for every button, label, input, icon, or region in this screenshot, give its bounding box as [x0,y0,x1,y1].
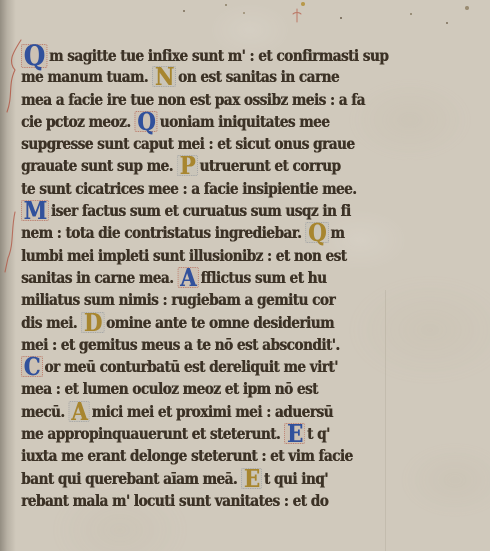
gold-speck [301,2,305,6]
text-run: t qui inq' [264,469,328,488]
manuscript-line: bant qui querebant aīam meā. Et qui inq' [21,468,373,490]
manuscript-line: sanitas in carne mea. Afflictus sum et h… [21,267,373,289]
manuscript-line: miliatus sum nimis : rugiebam a gemitu c… [21,289,373,311]
manuscript-line: cie pctoz meoz. Quoniam iniquitates mee [21,111,373,133]
text-run: sanitas in carne mea. [21,268,178,287]
text-run: bant qui querebant aīam meā. [21,469,241,488]
text-run: grauate sunt sup me. [21,156,177,175]
text-run: iuxta me erant delonge steterunt : et vi… [21,446,353,465]
text-run: rebant mala m' locuti sunt vanitates : e… [21,491,328,510]
fold-line [385,290,386,551]
text-run: me manum tuam. [21,67,152,86]
text-run: supgresse sunt caput mei : et sicut onus… [21,134,354,153]
manuscript-line: Qm sagitte tue infixe sunt m' : et confi… [21,44,373,66]
manuscript-line: rebant mala m' locuti sunt vanitates : e… [21,490,373,512]
text-run: fflictus sum et hu [200,268,326,287]
manuscript-line: te sunt cicatrices mee : a facie insipie… [21,178,373,200]
text-run: me appropinquauerunt et steterunt. [21,424,284,443]
text-run: mecū. [21,402,69,421]
text-run: mea a facie ire tue non est pax ossibz m… [21,90,365,109]
manuscript-line: mea a facie ire tue non est pax ossibz m… [21,89,373,111]
text-run: m sagitte tue infixe sunt m' : et confir… [49,46,388,65]
manuscript-page: Qm sagitte tue infixe sunt m' : et confi… [0,0,490,551]
text-run: mea : et lumen oculoz meoz et ipm nō est [21,379,318,398]
text-run: m [330,223,344,242]
manuscript-line: iuxta me erant delonge steterunt : et vi… [21,445,373,467]
illuminated-initial-gold: D [81,312,104,333]
manuscript-line: grauate sunt sup me. Putruerunt et corru… [21,155,373,177]
text-run: cie pctoz meoz. [21,112,135,131]
illuminated-initial-gold: P [177,155,198,176]
text-run: miliatus sum nimis : rugiebam a gemitu c… [21,290,335,309]
illuminated-initial-blue: C [21,356,43,377]
illuminated-initial-blue: Q [135,111,158,132]
illuminated-initial-gold: N [152,66,176,87]
text-run: mici mei et proximi mei : aduersū [92,402,333,421]
manuscript-line: lumbi mei impleti sunt illusionibz : et … [21,245,373,267]
text-run: omine ante te omne desiderium [106,313,334,332]
illuminated-initial-blue: Q [21,44,47,68]
manuscript-line: me manum tuam. Non est sanitas in carne [21,66,373,88]
manuscript-line: dis mei. Domine ante te omne desiderium [21,312,373,334]
ink-specks [183,10,185,12]
illuminated-initial-gold: E [241,468,262,489]
text-run: mei : et gemitus meus a te nō est abscon… [21,335,340,354]
text-run: dis mei. [21,313,81,332]
text-run: lumbi mei impleti sunt illusionibz : et … [21,246,346,265]
manuscript-line: supgresse sunt caput mei : et sicut onus… [21,133,373,155]
text-run: iser factus sum et curuatus sum usqz in … [51,201,351,220]
gutter-shadow [0,0,16,551]
manuscript-line: me appropinquauerunt et steterunt. Et q' [21,423,373,445]
text-run: uoniam iniquitates mee [160,112,330,131]
text-run: or meū conturbatū est dereliquit me virt… [44,357,337,376]
illuminated-initial-gold: Q [306,222,329,243]
manuscript-line: Cor meū conturbatū est dereliquit me vir… [21,356,373,378]
text-run: t q' [307,424,330,443]
text-run: te sunt cicatrices mee : a facie insipie… [21,179,356,198]
text-run: utruerunt et corrup [199,156,340,175]
illuminated-initial-blue: A [178,267,199,288]
text-block: Qm sagitte tue infixe sunt m' : et confi… [21,44,373,512]
manuscript-line: mei : et gemitus meus a te nō est abscon… [21,334,373,356]
illuminated-initial-blue: M [21,200,49,221]
illuminated-initial-gold: A [69,401,90,422]
text-run: nem : tota die contristatus ingrediebar. [21,223,306,242]
manuscript-line: nem : tota die contristatus ingrediebar.… [21,222,373,244]
manuscript-line: mecū. Amici mei et proximi mei : aduersū [21,401,373,423]
penwork-flourish-mid-icon [2,208,20,278]
illuminated-initial-blue: E [284,423,305,444]
text-run: on est sanitas in carne [178,67,339,86]
margin-mark-icon [290,6,304,26]
